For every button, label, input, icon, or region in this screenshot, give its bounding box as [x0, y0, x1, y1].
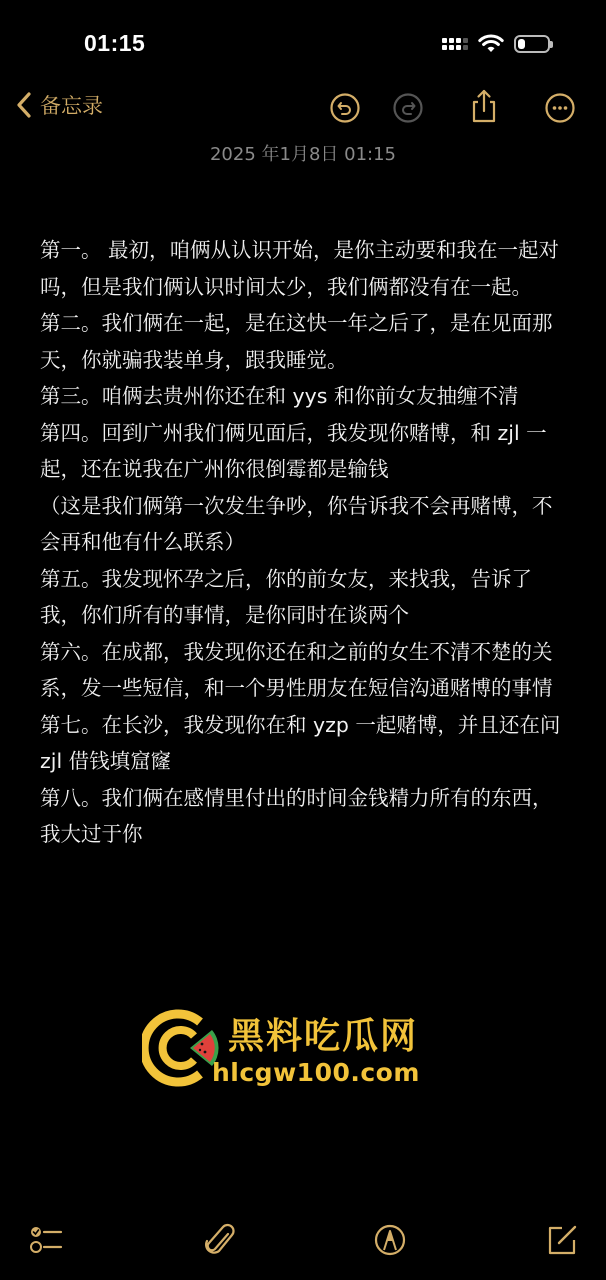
note-body[interactable]: 第一。 最初，咱俩从认识开始，是你主动要和我在一起对吗，但是我们俩认识时间太少，… — [40, 232, 570, 853]
note-paragraph: 第四。回到广州我们俩见面后，我发现你赌博，和 zjl 一起，还在说我在广州你很倒… — [40, 415, 570, 488]
wifi-icon — [478, 34, 504, 54]
note-date: 2025 年1月8日 01:15 — [0, 140, 606, 166]
note-paragraph: 第五。我发现怀孕之后，你的前女友，来找我，告诉了我，你们所有的事情，是你同时在谈… — [40, 561, 570, 634]
battery-low-icon — [514, 35, 550, 53]
watermark-title: 黑料吃瓜网 — [228, 1008, 418, 1059]
checklist-icon[interactable] — [28, 1222, 64, 1258]
chevron-left-icon — [16, 91, 32, 119]
share-icon[interactable] — [468, 88, 500, 124]
note-paragraph: （这是我们俩第一次发生争吵，你告诉我不会再赌博，不会再和他有什么联系） — [40, 488, 570, 561]
note-paragraph: 第三。咱俩去贵州你还在和 yys 和你前女友抽缠不清 — [40, 378, 570, 415]
markup-icon[interactable] — [372, 1222, 408, 1258]
attachment-icon[interactable] — [202, 1222, 238, 1258]
undo-icon[interactable] — [329, 92, 361, 124]
note-paragraph: 第六。在成都，我发现你还在和之前的女生不清不楚的关系，发一些短信，和一个男性朋友… — [40, 634, 570, 707]
watermark-url: hlcgw100.com — [212, 1058, 420, 1087]
status-icons — [442, 34, 550, 54]
note-paragraph: 第一。 最初，咱俩从认识开始，是你主动要和我在一起对吗，但是我们俩认识时间太少，… — [40, 232, 570, 305]
compose-icon[interactable] — [544, 1222, 580, 1258]
note-paragraph: 第二。我们俩在一起，是在这快一年之后了，是在见面那天，你就骗我装单身，跟我睡觉。 — [40, 305, 570, 378]
cellular-signal-icon — [442, 38, 468, 50]
redo-icon[interactable] — [392, 92, 424, 124]
note-paragraph: 第七。在长沙，我发现你在和 yzp 一起赌博，并且还在问 zjl 借钱填窟窿 — [40, 707, 570, 780]
nav-bar: 备忘录 — [0, 86, 606, 130]
bottom-toolbar — [0, 1214, 606, 1266]
watermark-logo-icon — [142, 1008, 222, 1088]
watermark: 黑料吃瓜网 hlcgw100.com — [142, 1006, 442, 1096]
back-button[interactable]: 备忘录 — [16, 90, 103, 120]
note-paragraph: 第八。我们俩在感情里付出的时间金钱精力所有的东西，我大过于你 — [40, 780, 570, 853]
back-label: 备忘录 — [40, 90, 103, 120]
status-bar: 01:15 — [0, 0, 606, 80]
more-icon[interactable] — [544, 92, 576, 124]
status-time: 01:15 — [84, 30, 145, 57]
